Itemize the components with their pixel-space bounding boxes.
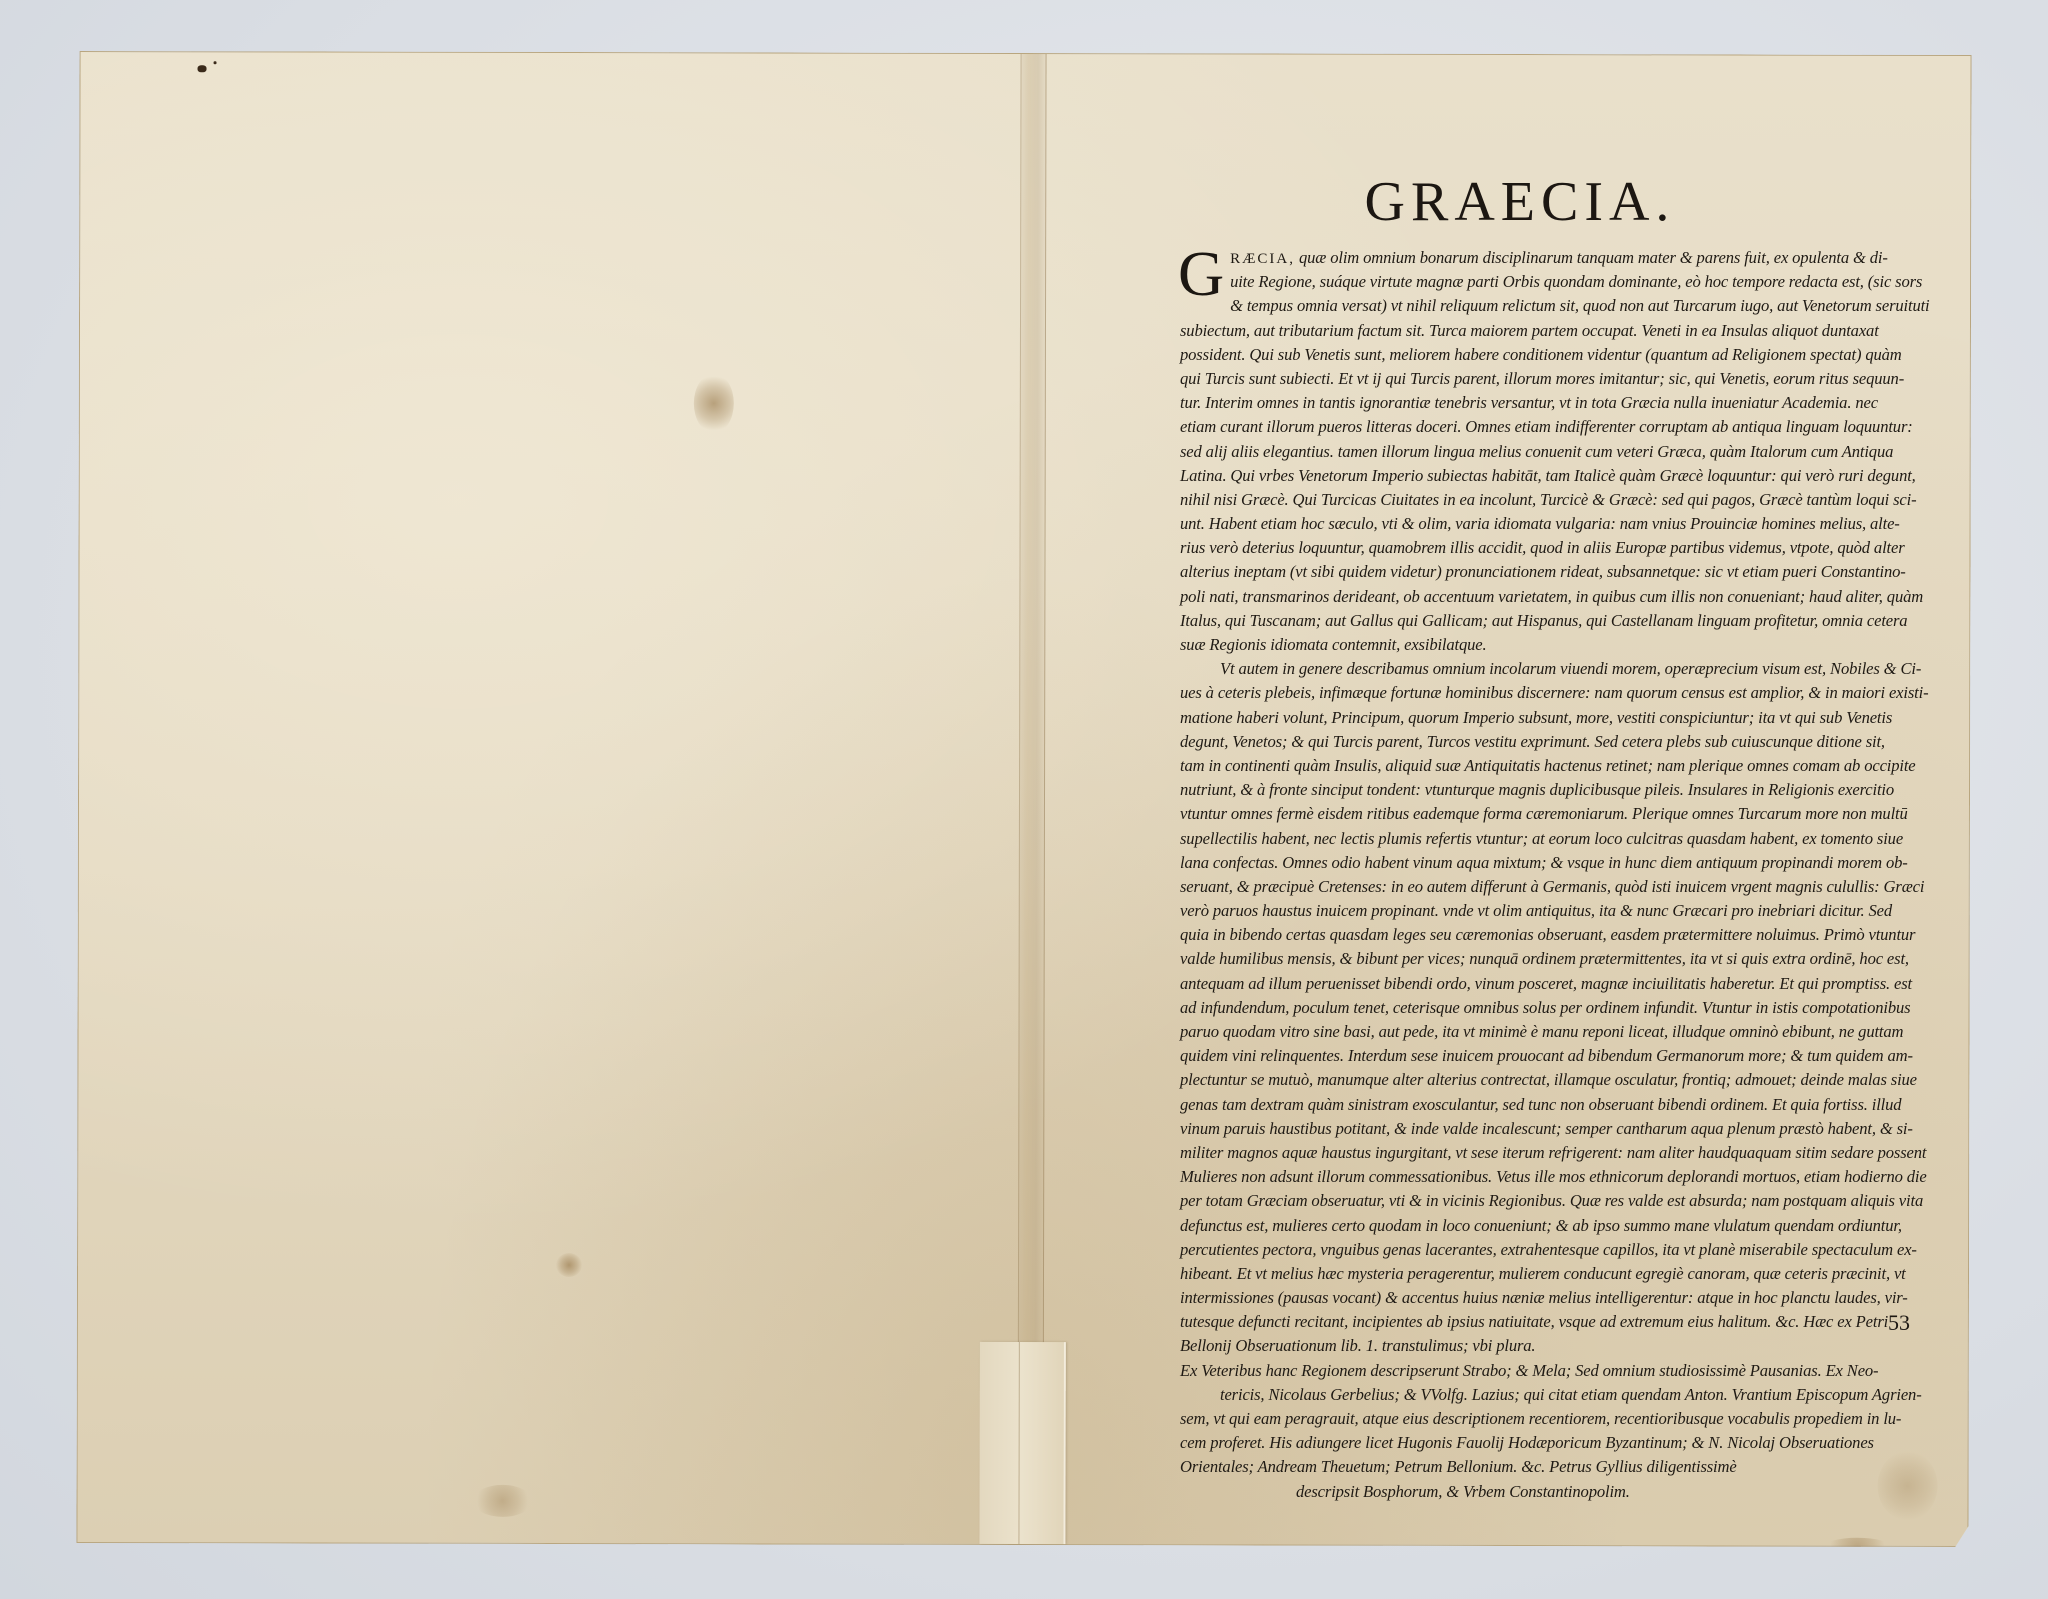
text-line: rius verò deterius loquuntur, quamobrem … [1180, 536, 1925, 560]
text-line: etiam curant illorum pueros litteras doc… [1180, 415, 1925, 439]
text-line: alterius ineptam (vt sibi quidem videtur… [1180, 560, 1925, 584]
text-line: plectuntur se mutuò, manumque alter alte… [1180, 1068, 1925, 1092]
text-line: tericis, Nicolaus Gerbelius; & VVolfg. L… [1180, 1383, 1925, 1407]
text-line: tam in continenti quàm Insulis, aliquid … [1180, 754, 1925, 778]
text-line: vinum paruis haustibus potitant, & inde … [1180, 1117, 1925, 1141]
text-line: Orientales; Andream Theuetum; Petrum Bel… [1180, 1455, 1925, 1479]
text-line: & tempus omnia versat) vt nihil reliquum… [1180, 294, 1925, 318]
text-line: intermissiones (pausas vocant) & accentu… [1180, 1286, 1925, 1310]
foxing-stain [1822, 1538, 1892, 1558]
text-line: RÆCIA, quæ olim omnium bonarum disciplin… [1180, 246, 1925, 270]
text-line: genas tam dextram quàm sinistram exoscul… [1180, 1093, 1925, 1117]
text-line: subiectum, aut tributarium factum sit. T… [1180, 319, 1925, 343]
text-line: militer magnos aquæ haustus ingurgitant,… [1180, 1141, 1925, 1165]
fold-repair-tab [979, 1342, 1065, 1544]
text-line: qui Turcis sunt subiecti. Et vt ij qui T… [1180, 367, 1925, 391]
text-line: quia in bibendo certas quasdam leges seu… [1180, 923, 1925, 947]
text-line [1180, 1504, 1925, 1528]
first-word: RÆCIA, [1230, 251, 1295, 267]
text-line: lana confectas. Omnes odio habent vinum … [1180, 851, 1925, 875]
text-line: tur. Interim omnes in tantis ignorantiæ … [1180, 391, 1925, 415]
text-line: uite Regione, suáque virtute magnæ parti… [1180, 270, 1925, 294]
text-line: Vt autem in genere describamus omnium in… [1180, 657, 1925, 681]
text-line: hibeant. Et vt melius hæc mysteria perag… [1180, 1262, 1925, 1286]
text-line: supellectilis habent, nec lectis plumis … [1180, 827, 1925, 851]
text-line: Latina. Qui vrbes Venetorum Imperio subi… [1180, 464, 1925, 488]
text-line: sed alij aliis elegantius. tamen illorum… [1180, 440, 1925, 464]
text-line: possident. Qui sub Venetis sunt, meliore… [1180, 343, 1925, 367]
foxing-stain [556, 1253, 582, 1277]
text-line: defunctus est, mulieres certo quodam in … [1180, 1214, 1925, 1238]
page-number: 53 [1888, 1310, 1910, 1336]
text-line: tutesque defuncti recitant, incipientes … [1180, 1310, 1925, 1334]
text-line: sem, vt qui eam peragrauit, atque eius d… [1180, 1407, 1925, 1431]
text-line: per totam Græciam obseruatur, vti & in v… [1180, 1189, 1925, 1213]
text-line: degunt, Venetos; & qui Turcis parent, Tu… [1180, 730, 1925, 754]
text-line: matione haberi volunt, Principum, quorum… [1180, 706, 1925, 730]
text-line: suæ Regionis idiomata contemnit, exsibil… [1180, 633, 1925, 657]
text-line: paruo quodam vitro sine basi, aut pede, … [1180, 1020, 1925, 1044]
text-line: Italus, qui Tuscanam; aut Gallus qui Gal… [1180, 609, 1925, 633]
text-line: quidem vini relinquentes. Interdum sese … [1180, 1044, 1925, 1068]
text-line: descripsit Bosphorum, & Vrbem Constantin… [1180, 1480, 1925, 1504]
text-line: cem proferet. His adiungere licet Hugoni… [1180, 1431, 1925, 1455]
foxing-stain [694, 373, 734, 433]
text-line: nihil nisi Græcè. Qui Turcicas Ciuitates… [1180, 488, 1925, 512]
center-fold [1017, 54, 1046, 1544]
text-line: ad infundendum, poculum tenet, ceterisqu… [1180, 996, 1925, 1020]
drop-cap: G [1178, 248, 1224, 300]
text-line: unt. Habent etiam hoc sæculo, vti & olim… [1180, 512, 1925, 536]
text-line: Mulieres non adsunt illorum commessation… [1180, 1165, 1925, 1189]
ink-speck [214, 61, 217, 64]
text-line: vtuntur omnes fermè eisdem ritibus eadem… [1180, 802, 1925, 826]
text-line: seruant, & præcipuè Cretenses: in eo aut… [1180, 875, 1925, 899]
text-line: Bellonij Obseruationum lib. 1. transtuli… [1180, 1334, 1925, 1358]
ink-speck [198, 65, 207, 72]
text-block: G RÆCIA, quæ olim omnium bonarum discipl… [1180, 246, 1925, 1528]
text-line: verò paruos haustus inuicem propinant. v… [1180, 899, 1925, 923]
text-line: poli nati, transmarinos derideant, ob ac… [1180, 585, 1925, 609]
page-title: GRAECIA. [1290, 170, 1750, 234]
text-line: ues à ceteris plebeis, infimæque fortunæ… [1180, 681, 1925, 705]
text-line: Ex Veteribus hanc Regionem descripserunt… [1180, 1359, 1925, 1383]
text-line: antequam ad illum peruenisset bibendi or… [1180, 972, 1925, 996]
text-line: nutriunt, & à fronte sinciput tondent: v… [1180, 778, 1925, 802]
text-line: valde humilibus mensis, & bibunt per vic… [1180, 947, 1925, 971]
foxing-stain [472, 1485, 532, 1517]
text-line: percutientes pectora, vnguibus genas lac… [1180, 1238, 1925, 1262]
